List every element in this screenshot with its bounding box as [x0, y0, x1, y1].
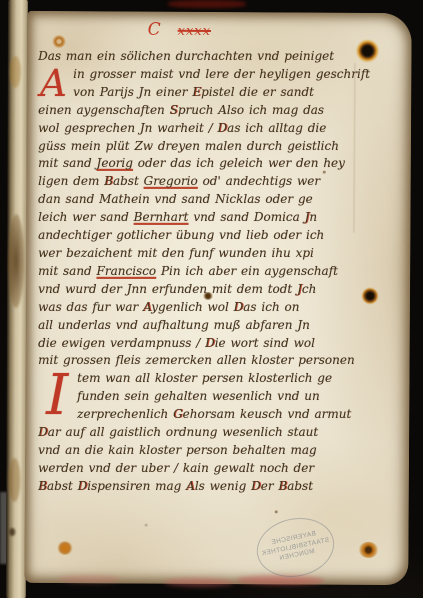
text-segment: mit sand: [38, 156, 96, 170]
text-segment: funden sein gehalten wesenlich vnd un: [77, 389, 320, 403]
text-segment: güss mein plüt Zw dreyen malen durch gei…: [38, 138, 339, 152]
text-segment: mit sand: [38, 264, 96, 278]
manuscript-line: vnd an die kain kloster person behalten …: [38, 442, 352, 460]
text-segment: as ich alltag die: [227, 120, 326, 134]
manuscript-line: güss mein plüt Zw dreyen malen durch gei…: [38, 137, 352, 155]
text-segment: E: [192, 85, 201, 99]
text-segment: D: [251, 479, 261, 493]
chapter-heading: Cxxxx: [148, 20, 211, 40]
manuscript-photo: Cxxxx Das man ein sölichen durchachten v…: [0, 0, 423, 598]
manuscript-line: leich wer sand Bernhart vnd sand Domica …: [38, 209, 352, 227]
manuscript-line: zerprechenlich Gehorsam keusch vnd armut: [38, 406, 352, 424]
chapter-numeral: xxxx: [178, 24, 211, 39]
manuscript-line: von Parijs Jn einer Epistel die er sandt: [38, 84, 352, 102]
text-segment: as ich on: [243, 300, 299, 314]
speck: [323, 171, 326, 174]
text-segment: vnd sand Domica: [189, 210, 305, 224]
text-segment: n: [309, 210, 317, 224]
manuscript-page: Cxxxx Das man ein sölichen durchachten v…: [24, 11, 411, 585]
underlined-saint-name: Gregorio: [144, 174, 198, 188]
text-segment: abst: [113, 174, 144, 188]
manuscript-line: Das man ein sölichen durchachten vnd pei…: [38, 48, 352, 66]
text-segment: Das man ein sölichen durchachten vnd pei…: [38, 49, 334, 63]
text-segment: Pin ich aber ein aygenschaft: [156, 264, 338, 278]
text-segment: ie wort sind wol: [215, 335, 315, 349]
library-stamp: BAYERISCHESTAATSBIBLIOTHEKMÜNCHEN: [251, 511, 339, 584]
text-segment: wer bezaichent mit den funf wunden ihu x…: [38, 246, 314, 260]
text-segment: mit grossen fleis zemercken allen kloste…: [38, 353, 355, 367]
text-segment: B: [38, 479, 47, 493]
text-segment: was das fur war: [38, 300, 143, 314]
text-segment: ar auf all gaistlich ordnung wesenlich s…: [48, 425, 318, 439]
manuscript-line: funden sein gehalten wesenlich vnd un: [38, 388, 352, 406]
manuscript-line: in grosser maist vnd lere der heyligen g…: [38, 66, 352, 84]
paragraph: Das man ein sölichen durchachten vnd pei…: [38, 48, 352, 66]
chapter-letter: C: [148, 20, 162, 40]
text-block: Das man ein sölichen durchachten vnd pei…: [38, 48, 352, 496]
text-segment: D: [38, 425, 48, 439]
text-segment: ls wenig: [195, 479, 251, 493]
manuscript-line: wol gesprechen Jn warheit / Das ich allt…: [38, 119, 352, 137]
manuscript-line: mit sand Jeorig oder das ich geleich wer…: [38, 155, 352, 173]
manuscript-line: all underlas vnd aufhaltung muß abfaren …: [38, 316, 352, 334]
text-segment: A: [186, 479, 195, 493]
underlined-saint-name: Bernhart: [134, 210, 189, 224]
wormhole-top-right: [355, 39, 379, 63]
rubricated-initial: I: [46, 371, 68, 423]
text-segment: die ewigen verdampnuss /: [38, 335, 205, 349]
text-segment: all underlas vnd aufhaltung muß abfaren …: [38, 317, 310, 331]
text-segment: tem wan all kloster persen klosterlich g…: [77, 371, 332, 385]
manuscript-line: mit sand Francisco Pin ich aber ein ayge…: [38, 263, 352, 281]
text-segment: zerprechenlich: [77, 407, 173, 421]
text-segment: abst: [47, 479, 78, 493]
text-segment: ligen dem: [38, 174, 104, 188]
text-segment: G: [173, 407, 183, 421]
speck: [275, 510, 278, 513]
gutter-stain: [8, 458, 20, 502]
red-showthrough-bottom: [164, 578, 234, 587]
text-segment: pistel die er sandt: [201, 85, 314, 99]
underlined-saint-name: Jeorig: [97, 156, 133, 170]
text-segment: pruch Also ich mag das: [178, 103, 324, 117]
text-segment: od' andechtigs wer: [198, 174, 320, 188]
text-segment: S: [170, 103, 178, 117]
manuscript-line: mit grossen fleis zemercken allen kloste…: [38, 352, 352, 370]
text-segment: ehorsam keusch vnd armut: [183, 407, 352, 421]
text-segment: oder das ich geleich wer den hey: [133, 156, 345, 170]
crease-line: [353, 63, 355, 233]
stain-bottom-left: [56, 541, 73, 555]
red-showthrough-top-edge: [168, 0, 246, 8]
gutter-stain: [8, 214, 24, 308]
manuscript-line: was das fur war Aygenlich wol Das ich on: [38, 299, 352, 317]
text-segment: wol gesprechen Jn warheit /: [38, 120, 217, 134]
text-segment: andechtiger gotlicher übung vnd lieb ode…: [38, 228, 324, 242]
stain-top-left: [52, 35, 67, 48]
text-segment: in grosser maist vnd lere der heyligen g…: [73, 67, 370, 81]
text-segment: er: [261, 479, 279, 493]
stain-bottom-right: [358, 542, 378, 558]
text-segment: D: [205, 335, 215, 349]
paragraph: Ain grosser maist vnd lere der heyligen …: [38, 66, 352, 370]
text-segment: abst: [287, 479, 313, 493]
wormhole-mid-right: [361, 287, 379, 305]
speck: [145, 524, 148, 527]
manuscript-line: Dar auf all gaistlich ordnung wesenlich …: [38, 424, 352, 442]
red-showthrough-bottom: [236, 575, 324, 586]
underlined-saint-name: Francisco: [97, 264, 157, 278]
text-segment: leich wer sand: [38, 210, 134, 224]
rubricated-initial: A: [40, 67, 68, 101]
text-segment: B: [104, 174, 113, 188]
manuscript-line: dan sand Mathein vnd sand Nicklas oder g…: [38, 191, 352, 209]
text-segment: dan sand Mathein vnd sand Nicklas oder g…: [38, 192, 313, 206]
text-segment: A: [143, 300, 151, 314]
manuscript-line: tem wan all kloster persen klosterlich g…: [38, 370, 352, 388]
text-segment: von Parijs Jn einer: [73, 85, 192, 99]
gutter-stain: [9, 528, 15, 536]
gutter-stain: [10, 56, 21, 88]
manuscript-line: ligen dem Babst Gregorio od' andechtigs …: [38, 173, 352, 191]
manuscript-line: die ewigen verdampnuss / Die wort sind w…: [38, 334, 352, 352]
manuscript-line: vnd wurd der Jnn erfunden mit dem todt J…: [38, 281, 352, 299]
text-segment: werden vnd der uber / kain gewalt noch d…: [38, 461, 314, 475]
paragraph: Item wan all kloster persen klosterlich …: [38, 370, 352, 495]
manuscript-line: werden vnd der uber / kain gewalt noch d…: [38, 460, 352, 478]
text-segment: vnd an die kain kloster person behalten …: [38, 443, 317, 457]
text-segment: ygenlich wol: [151, 300, 233, 314]
ink-blot: [203, 292, 213, 300]
text-segment: D: [218, 120, 228, 134]
manuscript-line: andechtiger gotlicher übung vnd lieb ode…: [38, 227, 352, 245]
text-segment: ispensiren mag: [87, 479, 186, 493]
text-segment: einen aygenschaften: [38, 103, 169, 117]
manuscript-line: Babst Dispensiren mag Als wenig Der Babs…: [38, 478, 352, 496]
text-segment: B: [278, 479, 287, 493]
text-segment: ch: [302, 282, 316, 296]
text-segment: D: [78, 479, 88, 493]
manuscript-line: einen aygenschaften Spruch Also ich mag …: [38, 102, 352, 120]
text-segment: vnd wurd der Jnn erfunden mit dem todt: [38, 282, 297, 296]
text-segment: D: [234, 300, 244, 314]
red-showthrough-bottom: [58, 575, 120, 583]
manuscript-line: wer bezaichent mit den funf wunden ihu x…: [38, 245, 352, 263]
